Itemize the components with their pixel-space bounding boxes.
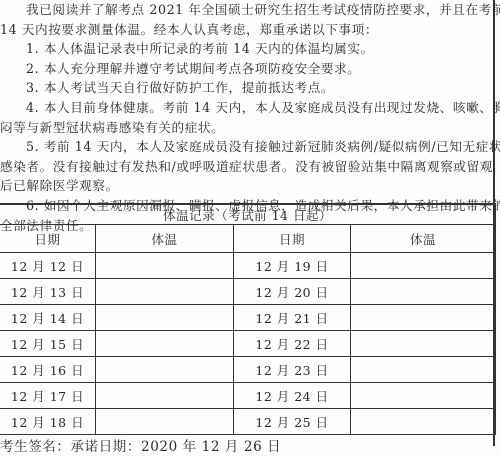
pledge-item-3: 3. 本人考试当天自行做好防护工作，提前抵达考点。 (0, 78, 492, 98)
date-cell: 12 月 20 日 (234, 279, 351, 305)
temperature-cell[interactable] (351, 253, 496, 279)
pledge-item-4-line-2: 闷等与新型冠状病毒感染有关的症状。 (0, 118, 492, 138)
table-header-row: 日期 体温 日期 体温 (0, 225, 496, 253)
table-title-row: 体温记录（考试前 14 日起） (0, 204, 496, 225)
pledge-item-4-line-1: 4. 本人目前身体健康。考前 14 天内，本人及家庭成员没有出现过发烧、咳嗽、胸 (0, 98, 492, 118)
temperature-record-table: 体温记录（考试前 14 日起） 日期 体温 日期 体温 12 月 12 日 12… (0, 203, 496, 435)
table-title: 体温记录（考试前 14 日起） (0, 204, 496, 225)
date-cell: 12 月 13 日 (0, 279, 96, 305)
date-cell: 12 月 14 日 (0, 305, 96, 331)
temperature-cell[interactable] (96, 279, 234, 305)
date-cell: 12 月 23 日 (234, 357, 351, 383)
signature-label: 考生签名： (0, 439, 71, 455)
table-row: 12 月 12 日 12 月 19 日 (0, 253, 496, 279)
temperature-cell[interactable] (96, 357, 234, 383)
pledge-date-label: 承诺日期： (71, 439, 142, 455)
intro-line-1: 我已阅读并了解考点 2021 年全国硕士研究生招生考试疫情防控要求，并且在考前 (0, 0, 492, 20)
header-temp-2: 体温 (351, 225, 496, 253)
temperature-cell[interactable] (96, 253, 234, 279)
date-cell: 12 月 17 日 (0, 383, 96, 409)
temperature-cell[interactable] (351, 409, 496, 435)
pledge-item-2: 2. 本人充分理解并遵守考试期间考点各项防疫安全要求。 (0, 59, 492, 79)
pledge-item-5-line-2: 感染者。没有接触过有发热和/或呼吸道症状患者。没有被留验站集中隔离观察或留观 (0, 157, 492, 177)
temperature-cell[interactable] (96, 305, 234, 331)
date-cell: 12 月 25 日 (234, 409, 351, 435)
pledge-date-value: 2020 年 12 月 26 日 (141, 439, 281, 455)
intro-line-2: 14 天内按要求测量体温。经本人认真考虑，郑重承诺以下事项： (0, 20, 492, 40)
header-temp-1: 体温 (96, 225, 234, 253)
temperature-cell[interactable] (96, 331, 234, 357)
date-cell: 12 月 16 日 (0, 357, 96, 383)
pledge-item-5-line-3: 后已解除医学观察。 (0, 176, 492, 196)
date-cell: 12 月 24 日 (234, 383, 351, 409)
temperature-cell[interactable] (351, 305, 496, 331)
date-cell: 12 月 15 日 (0, 331, 96, 357)
date-cell: 12 月 18 日 (0, 409, 96, 435)
date-cell: 12 月 21 日 (234, 305, 351, 331)
header-date-2: 日期 (234, 225, 351, 253)
temperature-cell[interactable] (96, 409, 234, 435)
pledge-item-5-line-1: 5. 考前 14 天内，本人及家庭成员没有接触过新冠肺炎病例/疑似病例/已知无症… (0, 137, 492, 157)
date-cell: 12 月 12 日 (0, 253, 96, 279)
temperature-cell[interactable] (96, 383, 234, 409)
pledge-document: 我已阅读并了解考点 2021 年全国硕士研究生招生考试疫情防控要求，并且在考前 … (0, 0, 500, 458)
temperature-cell[interactable] (351, 357, 496, 383)
table-row: 12 月 15 日 12 月 22 日 (0, 331, 496, 357)
pledge-item-1: 1. 本人体温记录表中所记录的考前 14 天内的体温均属实。 (0, 39, 492, 59)
table-row: 12 月 13 日 12 月 20 日 (0, 279, 496, 305)
header-date-1: 日期 (0, 225, 96, 253)
table-row: 12 月 16 日 12 月 23 日 (0, 357, 496, 383)
table-row: 12 月 17 日 12 月 24 日 (0, 383, 496, 409)
temperature-cell[interactable] (351, 383, 496, 409)
signature-line: 考生签名：承诺日期：2020 年 12 月 26 日 (0, 437, 281, 457)
table-row: 12 月 14 日 12 月 21 日 (0, 305, 496, 331)
temperature-cell[interactable] (351, 331, 496, 357)
intro-paragraph: 我已阅读并了解考点 2021 年全国硕士研究生招生考试疫情防控要求，并且在考前 … (0, 0, 492, 235)
temperature-cell[interactable] (351, 279, 496, 305)
date-cell: 12 月 19 日 (234, 253, 351, 279)
date-cell: 12 月 22 日 (234, 331, 351, 357)
table-row: 12 月 18 日 12 月 25 日 (0, 409, 496, 435)
